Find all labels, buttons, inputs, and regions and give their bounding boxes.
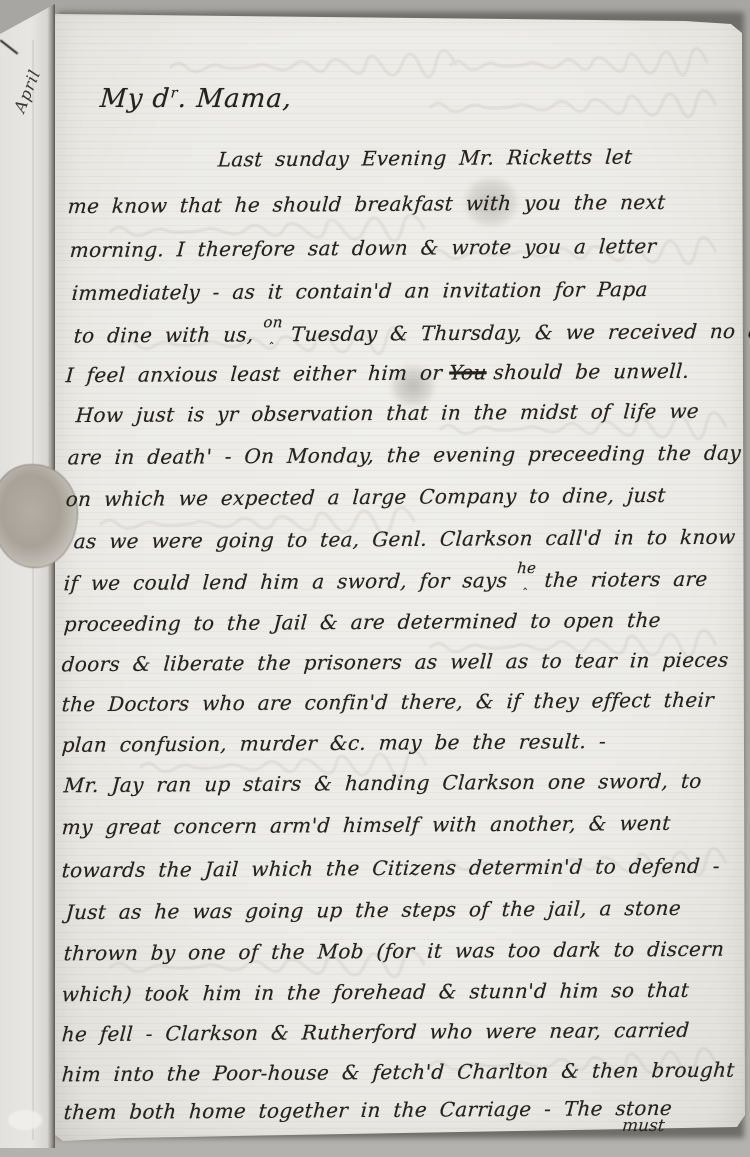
letter-line: Just as he was going up the steps of the… xyxy=(65,896,682,924)
salutation-text: . Mama, xyxy=(177,84,293,114)
line-text: I feel anxious least either him or xyxy=(65,361,443,388)
letter-line: them both home together in the Carriage … xyxy=(63,1096,673,1124)
letter-line: How just is yr observation that in the m… xyxy=(75,399,700,427)
line-text: to dine with us, xyxy=(73,322,254,347)
letter-line: he fell - Clarkson & Rutherford who were… xyxy=(61,1018,690,1046)
catchword: must xyxy=(621,1116,665,1136)
line-text: if we could lend him a sword, for says xyxy=(63,568,508,595)
letter-photograph: April My dr. Mama, L xyxy=(0,0,750,1157)
struck-word: You xyxy=(449,360,488,384)
letter-line: plan confusion, murder &c. may be the re… xyxy=(61,729,607,757)
letter-line: as we were going to tea, Genl. Clarkson … xyxy=(73,525,736,554)
letter-line: morning. I therefore sat down & wrote yo… xyxy=(69,234,657,262)
letter-line: are in death' - On Monday, the evening p… xyxy=(67,441,742,470)
salutation-text: My d xyxy=(99,84,171,114)
letter-line: towards the Jail which the Citizens dete… xyxy=(61,854,721,883)
letter-line: him into the Poor-house & fetch'd Charlt… xyxy=(61,1058,735,1087)
line-text: should be unwell. xyxy=(493,359,690,384)
interlinear-insertion: he xyxy=(517,559,537,577)
letter-line: thrown by one of the Mob (for it was too… xyxy=(63,937,725,966)
letter-line: my great concern arm'd himself with anot… xyxy=(61,811,671,839)
letter-line: if we could lend him a sword, for sayshe… xyxy=(63,567,708,595)
letter-line: doors & liberate the prisoners as well a… xyxy=(61,648,729,677)
letter-line: which) took him in the forehead & stunn'… xyxy=(61,978,690,1006)
salutation: My dr. Mama, xyxy=(99,84,293,114)
interlinear-insertion: on xyxy=(263,313,283,331)
letter-line: Last sunday Evening Mr. Ricketts let xyxy=(217,145,633,172)
line-text: Tuesday & Thursday, & we received no ans… xyxy=(290,318,750,346)
letter-line: on which we expected a large Company to … xyxy=(65,483,666,511)
letter-line: me know that he should breakfast with yo… xyxy=(67,190,666,218)
letter-line: proceeding to the Jail & are determined … xyxy=(63,608,662,636)
letter-line: Mr. Jay ran up stairs & handing Clarkson… xyxy=(63,769,702,797)
letter-line: immediately - as it contain'd an invitat… xyxy=(71,277,648,305)
letter-line: I feel anxious least either him orYousho… xyxy=(65,359,690,387)
line-text: the rioters are xyxy=(544,567,709,592)
letter-line: the Doctors who are confin'd there, & if… xyxy=(61,688,715,717)
letter-line: to dine with us,onTuesday & Thursday, & … xyxy=(73,318,750,347)
handwriting-layer: My dr. Mama, Last sunday Evening Mr. Ric… xyxy=(0,0,750,1157)
